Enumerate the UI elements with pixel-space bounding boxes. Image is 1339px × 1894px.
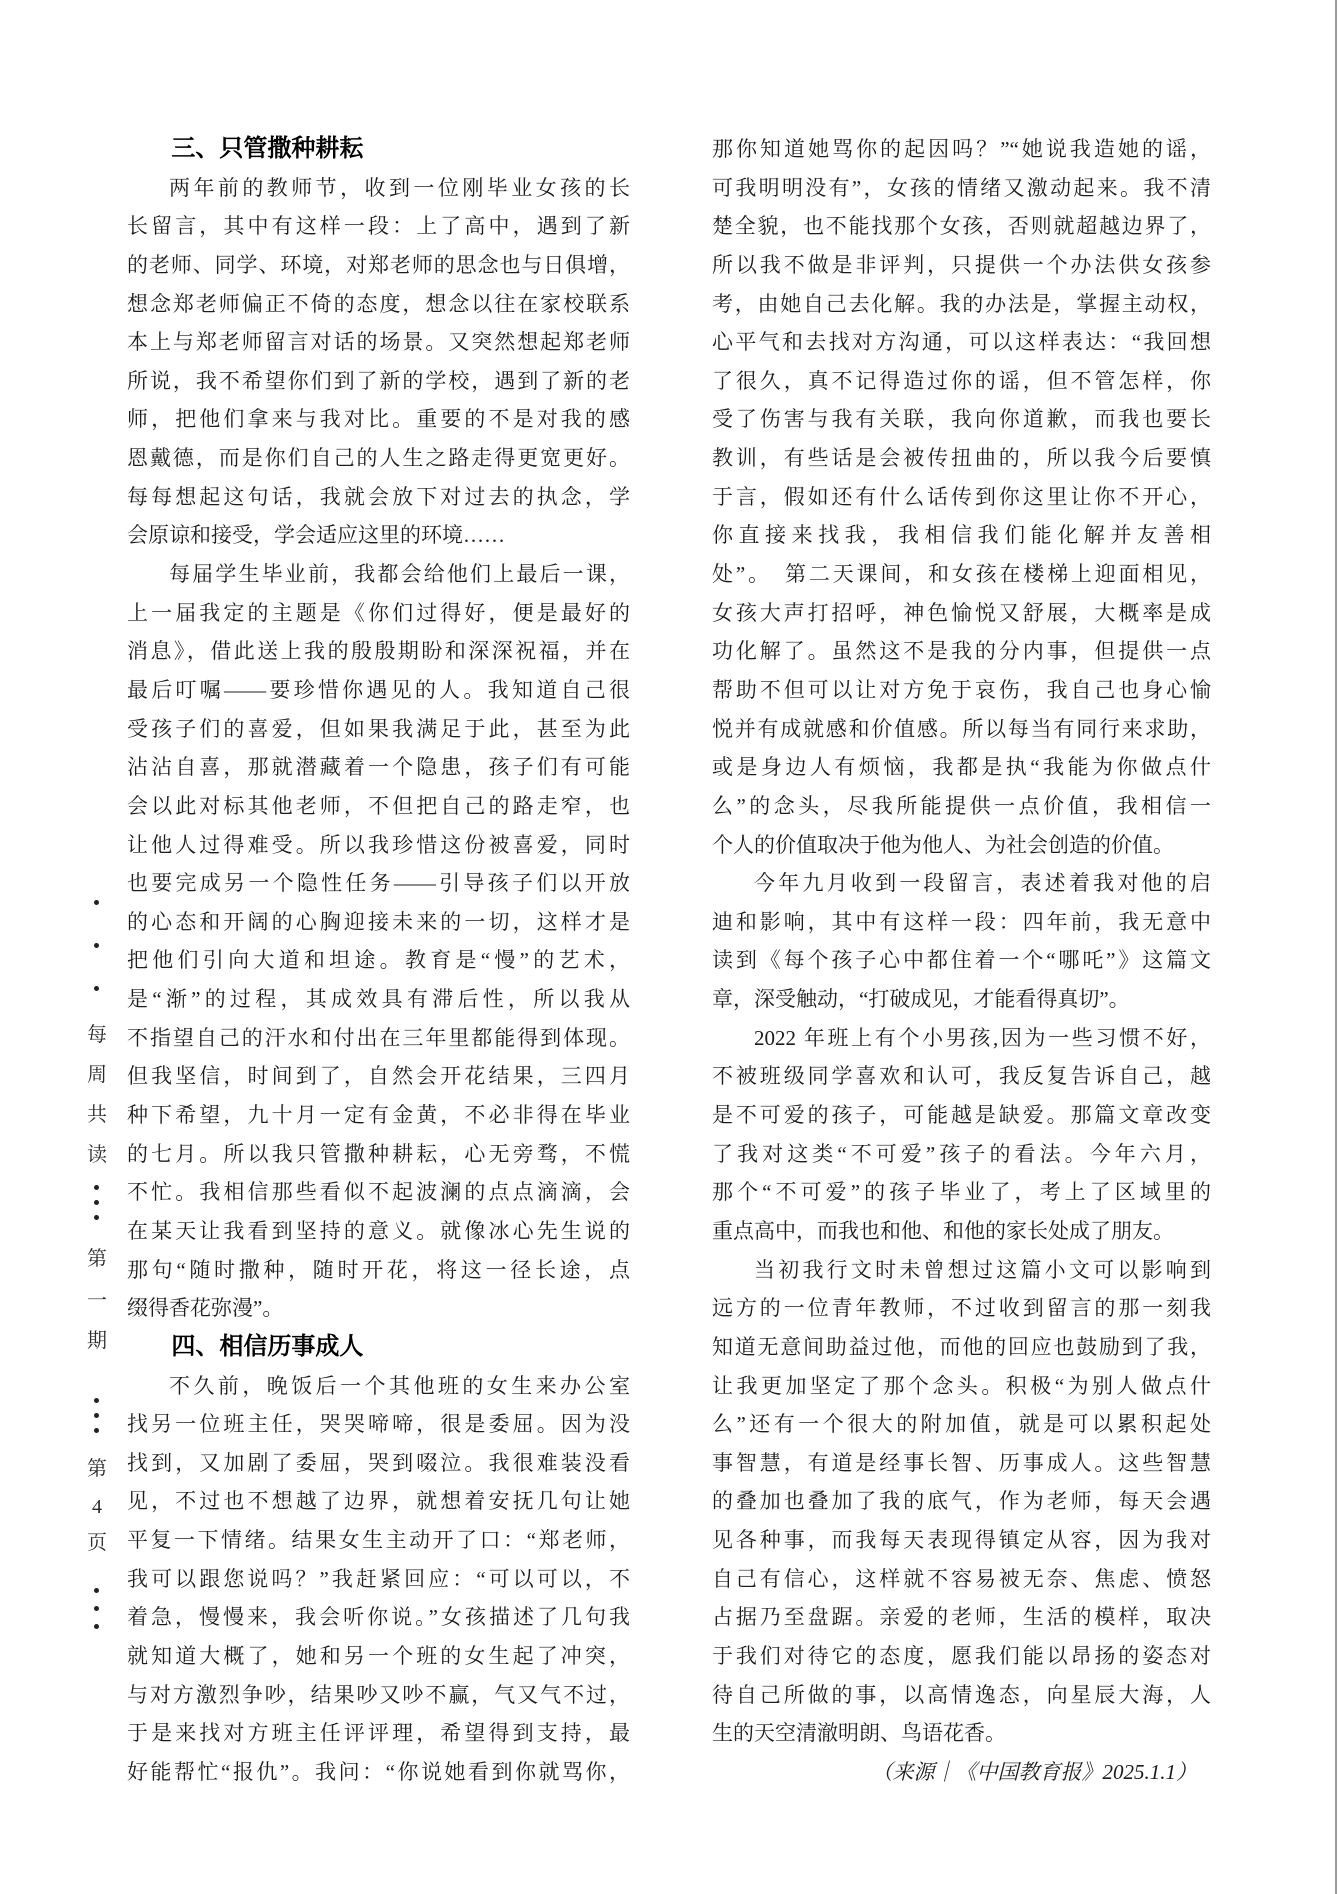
text-line: 当初我行文时未曾想过这篇小文可以影响到 xyxy=(712,1251,1211,1290)
text-line: 受孩子们的喜爱，但如果我满足于此，甚至为此 xyxy=(127,710,630,749)
text-line: 2022 年班上有个小男孩,因为一些习惯不好， xyxy=(712,1019,1211,1058)
sidebar-char: 周 xyxy=(84,1064,110,1086)
text-line: 读到《每个孩子心中都住着一个“哪吒”》这篇文 xyxy=(712,941,1211,980)
text-line: 所以我不做是非评判，只提供一个办法供女孩参 xyxy=(712,246,1211,285)
text-line: 了很久，真不记得造过你的谣，但不管怎样，你 xyxy=(712,362,1211,401)
text-line: 最后叮嘱——要珍惜你遇见的人。我知道自己很 xyxy=(127,671,630,710)
sidebar-char: 页 xyxy=(84,1532,110,1554)
text-line: 消息》，借此送上我的殷殷期盼和深深祝福，并在 xyxy=(127,632,630,671)
text-line: 女孩大声打招呼，神色愉悦又舒展，大概率是成 xyxy=(712,594,1211,633)
text-line: 所说，我不希望你们到了新的学校，遇到了新的老 xyxy=(127,362,630,401)
text-line: 在某天让我看到坚持的意义。就像冰心先生说的 xyxy=(127,1212,630,1251)
text-line: 楚全貌，也不能找那个女孩，否则就超越边界了， xyxy=(712,207,1211,246)
sidebar-dot xyxy=(94,1428,99,1433)
text-line: 知道无意间助益过他，而他的回应也鼓励到了我， xyxy=(712,1328,1211,1367)
text-line: 着急，慢慢来，我会听你说。”女孩描述了几句我 xyxy=(127,1598,630,1637)
text-line: 平复一下情绪。结果女生主动开了口：“郑老师， xyxy=(127,1521,630,1560)
sidebar-dot xyxy=(94,943,99,948)
text-line: 找到，又加剧了委屈，哭到啜泣。我很难装没看 xyxy=(127,1444,630,1483)
sidebar-dot xyxy=(94,1413,99,1418)
text-line: 自己有信心，这样就不容易被无奈、焦虑、愤怒 xyxy=(712,1560,1211,1599)
text-line: 帮助不但可以让对方免于哀伤，我自己也身心愉 xyxy=(712,671,1211,710)
text-line: 待自己所做的事，以高情逸态，向星辰大海，人 xyxy=(712,1676,1211,1715)
text-line: 的老师、同学、环境，对郑老师的思念也与日俱增， xyxy=(127,246,630,285)
sidebar-char: 期 xyxy=(84,1330,110,1352)
sidebar-dot xyxy=(94,1624,99,1629)
text-line: 考，由她自己去化解。我的办法是，掌握主动权， xyxy=(712,285,1211,324)
text-line: 也要完成另一个隐性任务——引导孩子们以开放 xyxy=(127,864,630,903)
text-line: 沾沾自喜，那就潜藏着一个隐患，孩子们有可能 xyxy=(127,748,630,787)
sidebar-dot xyxy=(94,1588,99,1593)
text-line: 于言，假如还有什么话传到你这里让你不开心， xyxy=(712,478,1211,517)
text-line: 生的天空清澈明朗、鸟语花香。 xyxy=(712,1714,1211,1753)
text-line: 功化解了。虽然这不是我的分内事，但提供一点 xyxy=(712,632,1211,671)
sidebar-char: 第 xyxy=(84,1458,110,1480)
text-line: 的七月。所以我只管撒种耕耘，心无旁骛，不慌 xyxy=(127,1135,630,1174)
text-line: 那你知道她骂你的起因吗？”“她说我造她的谣， xyxy=(712,130,1211,169)
text-line: 那句“随时撒种，随时开花，将这一径长途，点 xyxy=(127,1251,630,1290)
sidebar-dot xyxy=(94,1215,99,1220)
left-text-column: 三、只管撒种耕耘两年前的教师节，收到一位刚毕业女孩的长长留言，其中有这样一段：上… xyxy=(127,130,630,1792)
sidebar-dot xyxy=(94,1398,99,1403)
text-line: 远方的一位青年教师，不过收到留言的那一刻我 xyxy=(712,1289,1211,1328)
sidebar-dot xyxy=(94,986,99,991)
text-line: 迪和影响，其中有这样一段：四年前，我无意中 xyxy=(712,903,1211,942)
text-line: 你直接来找我，我相信我们能化解并友善相 xyxy=(712,516,1211,555)
text-line: 心平气和去找对方沟通，可以这样表达：“我回想 xyxy=(712,323,1211,362)
text-line: 就知道大概了，她和另一个班的女生起了冲突， xyxy=(127,1637,630,1676)
text-line: 可我明明没有”，女孩的情绪又激动起来。我不清 xyxy=(712,169,1211,208)
text-line: 不久前，晚饭后一个其他班的女生来办公室 xyxy=(127,1367,630,1406)
text-line: 让他人过得难受。所以我珍惜这份被喜爱，同时 xyxy=(127,826,630,865)
text-line: 找另一位班主任，哭哭啼啼，很是委屈。因为没 xyxy=(127,1405,630,1444)
sidebar-char: 4 xyxy=(84,1496,110,1518)
text-line: 的叠加也叠加了我的底气，作为老师，每天会遇 xyxy=(712,1482,1211,1521)
text-line: 本上与郑老师留言对话的场景。又突然想起郑老师 xyxy=(127,323,630,362)
text-line: 会原谅和接受，学会适应这里的环境…… xyxy=(127,516,630,555)
text-line: 师，把他们拿来与我对比。重要的不是对我的感 xyxy=(127,400,630,439)
text-line: 今年九月收到一段留言，表述着我对他的启 xyxy=(712,864,1211,903)
text-line: 缀得香花弥漫”。 xyxy=(127,1289,630,1328)
text-line: 种下希望，九十月一定有金黄，不必非得在毕业 xyxy=(127,1096,630,1135)
text-line: 么”还有一个很大的附加值，就是可以累积起处 xyxy=(712,1405,1211,1444)
text-line: 不忙。我相信那些看似不起波澜的点点滴滴，会 xyxy=(127,1173,630,1212)
text-line: 见，不过也不想越了边界，就想着安抚几句让她 xyxy=(127,1482,630,1521)
sidebar-char: 一 xyxy=(84,1290,110,1312)
text-line: 教训，有些话是会被传扭曲的，所以我今后要慎 xyxy=(712,439,1211,478)
text-line: 于是来找对方班主任评评理，希望得到支持，最 xyxy=(127,1714,630,1753)
sidebar-char: 第 xyxy=(84,1248,110,1270)
section-heading: 四、相信历事成人 xyxy=(127,1328,630,1367)
text-line: 个人的价值取决于他为他人、为社会创造的价值。 xyxy=(712,826,1211,865)
text-line: 悦并有成就感和价值感。所以每当有同行来求助， xyxy=(712,710,1211,749)
text-line: 或是身边人有烦恼，我都是执“我能为你做点什 xyxy=(712,748,1211,787)
text-line: 处”。 第二天课间，和女孩在楼梯上迎面相见， xyxy=(712,555,1211,594)
text-line: 想念郑老师偏正不倚的态度，想念以往在家校联系 xyxy=(127,285,630,324)
text-line: 与对方激烈争吵，结果吵又吵不赢，气又气不过， xyxy=(127,1676,630,1715)
text-line: 那个“不可爱”的孩子毕业了，考上了区域里的 xyxy=(712,1173,1211,1212)
text-line: 恩戴德，而是你们自己的人生之路走得更宽更好。 xyxy=(127,439,630,478)
section-heading: 三、只管撒种耕耘 xyxy=(127,130,630,169)
text-line: 不指望自己的汗水和付出在三年里都能得到体现。 xyxy=(127,1019,630,1058)
right-text-column: 那你知道她骂你的起因吗？”“她说我造她的谣，可我明明没有”，女孩的情绪又激动起来… xyxy=(712,130,1211,1792)
text-line: 的心态和开阔的心胸迎接未来的一切，这样才是 xyxy=(127,903,630,942)
sidebar-char: 共 xyxy=(84,1104,110,1126)
text-line: 好能帮忙“报仇”。我问：“你说她看到你就骂你， xyxy=(127,1753,630,1792)
text-line: 长留言，其中有这样一段：上了高中，遇到了新 xyxy=(127,207,630,246)
sidebar-dot xyxy=(94,1185,99,1190)
text-line: 让我更加坚定了那个念头。积极“为别人做点什 xyxy=(712,1367,1211,1406)
text-line: 事智慧，有道是经事长智、历事成人。这些智慧 xyxy=(712,1444,1211,1483)
text-line: 受了伤害与我有关联，我向你道歉，而我也要长 xyxy=(712,400,1211,439)
source-note: （来源｜《中国教育报》2025.1.1） xyxy=(712,1753,1211,1792)
sidebar-char: 每 xyxy=(84,1024,110,1046)
sidebar-dot xyxy=(94,900,99,905)
sidebar-char: 读 xyxy=(84,1144,110,1166)
text-line: 把他们引向大道和坦途。教育是“慢”的艺术， xyxy=(127,941,630,980)
text-line: 上一届我定的主题是《你们过得好，便是最好的 xyxy=(127,594,630,633)
sidebar-dot xyxy=(94,1606,99,1611)
text-line: 是“渐”的过程，其成效具有滞后性，所以我从 xyxy=(127,980,630,1019)
text-line: 每每想起这句话，我就会放下对过去的执念，学 xyxy=(127,478,630,517)
text-line: 两年前的教师节，收到一位刚毕业女孩的长 xyxy=(127,169,630,208)
text-line: 章，深受触动，“打破成见，才能看得真切”。 xyxy=(712,980,1211,1019)
text-line: 每届学生毕业前，我都会给他们上最后一课， xyxy=(127,555,630,594)
text-line: 是不可爱的孩子，可能越是缺爱。那篇文章改变 xyxy=(712,1096,1211,1135)
text-line: 占据乃至盘踞。亲爱的老师，生活的模样，取决 xyxy=(712,1598,1211,1637)
text-line: 但我坚信，时间到了，自然会开花结果，三四月 xyxy=(127,1057,630,1096)
page-edge-rule xyxy=(1335,0,1337,1894)
sidebar-dot xyxy=(94,1200,99,1205)
text-line: 会以此对标其他老师，不但把自己的路走窄，也 xyxy=(127,787,630,826)
sidebar-vertical-text: 每周共读第一期第4页 xyxy=(0,0,130,1894)
text-line: 不被班级同学喜欢和认可，我反复告诉自己，越 xyxy=(712,1057,1211,1096)
text-line: 么”的念头，尽我所能提供一点价值，我相信一 xyxy=(712,787,1211,826)
text-line: 重点高中，而我也和他、和他的家长处成了朋友。 xyxy=(712,1212,1211,1251)
text-line: 了我对这类“不可爱”孩子的看法。今年六月， xyxy=(712,1135,1211,1174)
text-line: 我可以跟您说吗？”我赶紧回应：“可以可以，不 xyxy=(127,1560,630,1599)
text-line: 于我们对待它的态度，愿我们能以昂扬的姿态对 xyxy=(712,1637,1211,1676)
text-line: 见各种事，而我每天表现得镇定从容，因为我对 xyxy=(712,1521,1211,1560)
